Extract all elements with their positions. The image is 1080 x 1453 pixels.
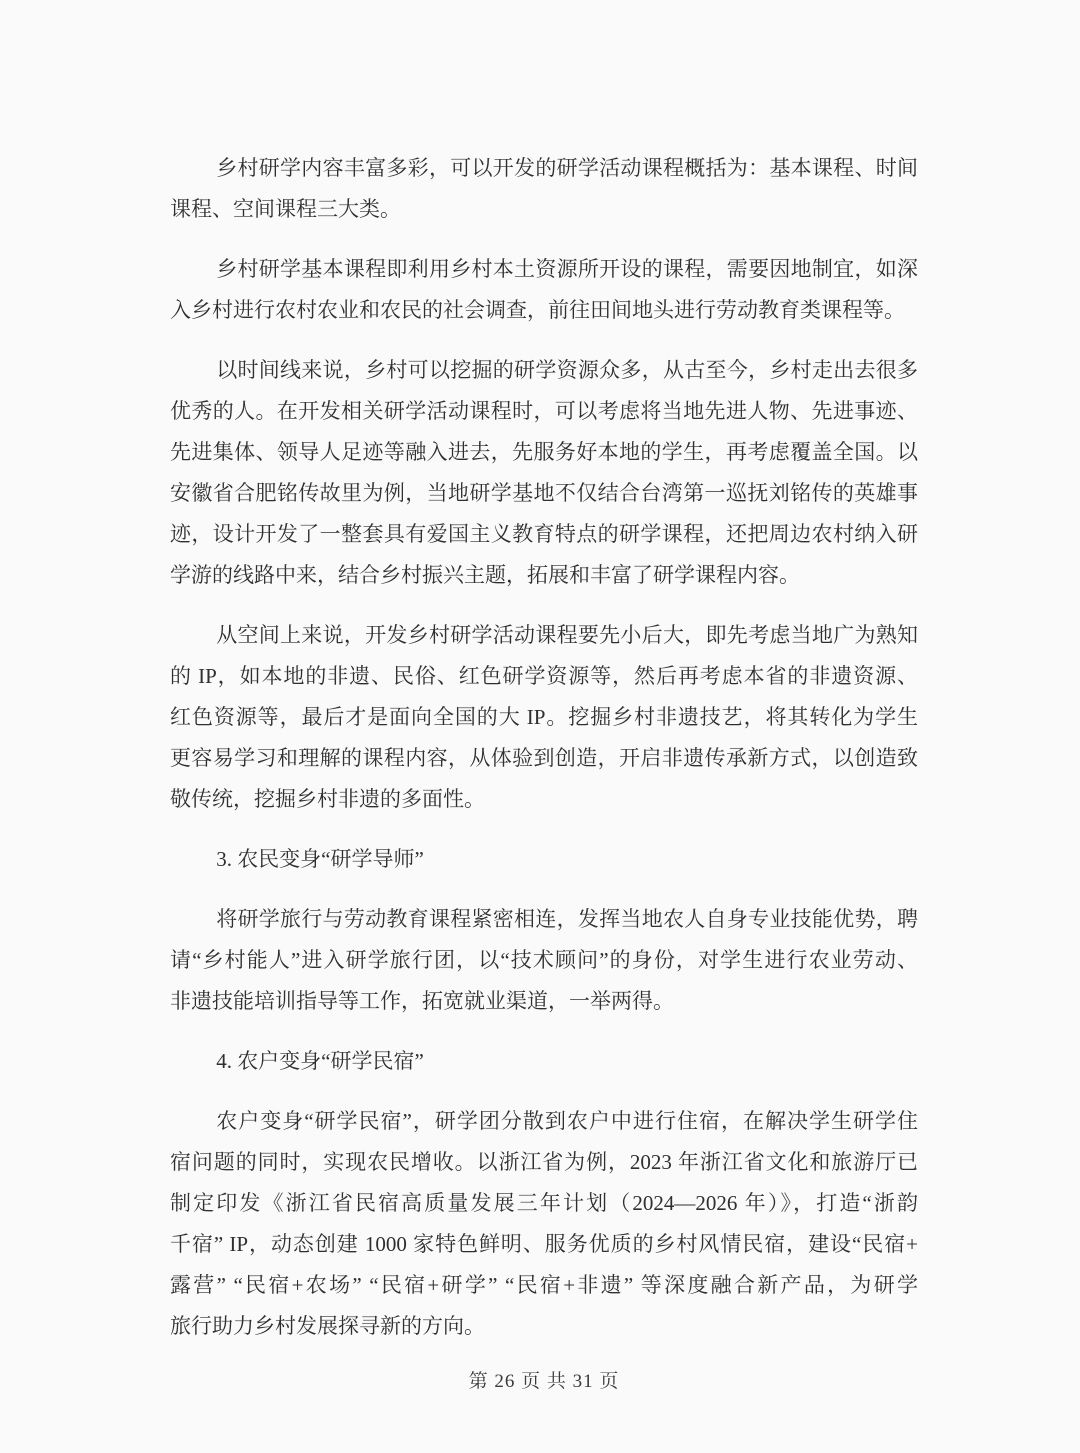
text-line: 宿问题的同时，实现农民增收。以浙江省为例，2023 年浙江省文化和旅游厅已 [170,1142,918,1183]
text-line: 先进集体、领导人足迹等融入进去，先服务好本地的学生，再考虑覆盖全国。以 [170,432,918,473]
text-line: 非遗技能培训指导等工作，拓宽就业渠道，一举两得。 [170,981,918,1022]
paragraph: 乡村研学内容丰富多彩，可以开发的研学活动课程概括为：基本课程、时间 课程、空间课… [170,148,918,230]
paragraph: 从空间上来说，开发乡村研学活动课程要先小后大，即先考虑当地广为熟知 的 IP，如… [170,615,918,820]
heading-line: 3. 农民变身“研学导师” [170,839,918,880]
text-line: 千宿” IP，动态创建 1000 家特色鲜明、服务优质的乡村风情民宿，建设“民宿… [170,1224,918,1265]
text-line: 请“乡村能人”进入研学旅行团，以“技术顾问”的身份，对学生进行农业劳动、 [170,940,918,981]
text-line: 学游的线路中来，结合乡村振兴主题，拓展和丰富了研学课程内容。 [170,555,918,596]
paragraph: 农户变身“研学民宿”，研学团分散到农户中进行住宿，在解决学生研学住 宿问题的同时… [170,1101,918,1347]
heading-line: 4. 农户变身“研学民宿” [170,1041,918,1082]
section-heading: 3. 农民变身“研学导师” [170,839,918,880]
text-line: 安徽省合肥铭传故里为例，当地研学基地不仅结合台湾第一巡抚刘铭传的英雄事 [170,473,918,514]
text-line: 从空间上来说，开发乡村研学活动课程要先小后大，即先考虑当地广为熟知 [170,615,918,656]
text-line: 乡村研学内容丰富多彩，可以开发的研学活动课程概括为：基本课程、时间 [170,148,918,189]
text-line: 红色资源等，最后才是面向全国的大 IP。挖掘乡村非遗技艺，将其转化为学生 [170,697,918,738]
section-heading: 4. 农户变身“研学民宿” [170,1041,918,1082]
text-line: 课程、空间课程三大类。 [170,189,918,230]
text-line: 露营” “民宿+农场” “民宿+研学” “民宿+非遗” 等深度融合新产品，为研学 [170,1265,918,1306]
paragraph: 乡村研学基本课程即利用乡村本土资源所开设的课程，需要因地制宜，如深 入乡村进行农… [170,249,918,331]
paragraph: 以时间线来说，乡村可以挖掘的研学资源众多，从古至今，乡村走出去很多 优秀的人。在… [170,350,918,596]
text-line: 迹，设计开发了一整套具有爱国主义教育特点的研学课程，还把周边农村纳入研 [170,514,918,555]
text-line: 将研学旅行与劳动教育课程紧密相连，发挥当地农人自身专业技能优势，聘 [170,899,918,940]
text-line: 更容易学习和理解的课程内容，从体验到创造，开启非遗传承新方式，以创造致 [170,738,918,779]
text-line: 乡村研学基本课程即利用乡村本土资源所开设的课程，需要因地制宜，如深 [170,249,918,290]
text-line: 优秀的人。在开发相关研学活动课程时，可以考虑将当地先进人物、先进事迹、 [170,391,918,432]
text-line: 制定印发《浙江省民宿高质量发展三年计划（2024—2026 年）》，打造“浙韵 [170,1183,918,1224]
text-line: 的 IP，如本地的非遗、民俗、红色研学资源等，然后再考虑本省的非遗资源、 [170,656,918,697]
text-line: 敬传统，挖掘乡村非遗的多面性。 [170,779,918,820]
document-page: 乡村研学内容丰富多彩，可以开发的研学活动课程概括为：基本课程、时间 课程、空间课… [0,0,1080,1453]
document-body: 乡村研学内容丰富多彩，可以开发的研学活动课程概括为：基本课程、时间 课程、空间课… [170,148,918,1393]
paragraph: 将研学旅行与劳动教育课程紧密相连，发挥当地农人自身专业技能优势，聘 请“乡村能人… [170,899,918,1022]
page-footer: 第 26 页 共 31 页 [170,1366,918,1393]
text-line: 入乡村进行农村农业和农民的社会调查，前往田间地头进行劳动教育类课程等。 [170,290,918,331]
text-line: 旅行助力乡村发展探寻新的方向。 [170,1306,918,1347]
text-line: 以时间线来说，乡村可以挖掘的研学资源众多，从古至今，乡村走出去很多 [170,350,918,391]
text-line: 农户变身“研学民宿”，研学团分散到农户中进行住宿，在解决学生研学住 [170,1101,918,1142]
